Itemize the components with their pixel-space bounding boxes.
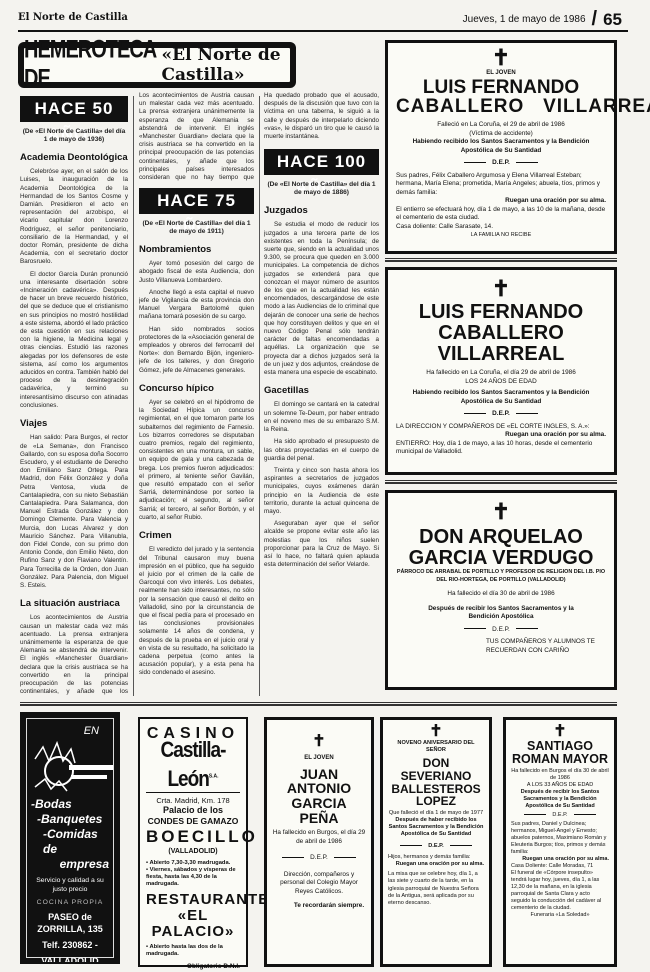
obituary-burial: El entierro se efectuará hoy, día 1 de m… — [396, 206, 606, 223]
casino-palace: Palacio de los — [146, 805, 240, 816]
obituary-name: LUIS FERNANDO — [396, 78, 606, 98]
obituary-garcia-pena: ✝ EL JOVEN JUAN ANTONIO GARCIA PEÑA Ha f… — [264, 717, 374, 967]
ad-address: PASEO de ZORRILLA, 135 — [31, 911, 109, 935]
obituary-family: Sus padres, Daniel y Dulcinea; hermanos,… — [511, 821, 609, 856]
page-number: 65 — [603, 10, 622, 30]
hace-50-label: HACE 50 AÑOS — [20, 96, 128, 122]
obituary-dep: D.E.P. — [396, 626, 606, 635]
obituary-line: Ha fallecido en Burgos el día 30 de abri… — [511, 768, 609, 782]
cross-icon: ✝ — [396, 278, 606, 300]
article-paragraph: Celebróse ayer, en el salón de los Luise… — [20, 168, 128, 266]
obituary-name: DON ARQUELAO — [396, 527, 606, 548]
obituary-roman-mayor: ✝ SANTIAGO ROMAN MAYOR Ha fallecido en B… — [503, 717, 617, 967]
column-3: Ha quedado probado que el acusado, despu… — [264, 92, 379, 696]
obituary-footer: LA FAMILIA NO RECIBE — [396, 231, 606, 240]
sun-logo-icon — [31, 739, 109, 795]
obituary-prayer: Ruegan una oración por su alma. — [396, 431, 606, 440]
casino-province: (VALLADOLID) — [146, 847, 240, 856]
obituary-line: (Víctima de accidente) — [396, 130, 606, 139]
column-1: HACE 50 AÑOS (De «El Norte de Castilla» … — [20, 96, 128, 696]
cross-icon: ✝ — [272, 734, 366, 750]
section-heading: Juzgados — [264, 207, 379, 215]
ad-kitchen: COCINA PROPIA — [31, 898, 109, 907]
obituary-prayer: Ruegan una oración por su alma. — [511, 856, 609, 863]
obituary-name: LUIS FERNANDO — [396, 302, 606, 323]
section-heading: Gacetillas — [264, 387, 379, 395]
ad-item: -Bodas — [31, 797, 109, 812]
section-heading: Nombramientos — [139, 246, 254, 254]
ad-service: Servicio y calidad a su justo precio — [31, 876, 109, 894]
casino-hours-item: Abierto 7,30-3,30 madrugada. — [146, 860, 240, 867]
restaurant-title: RESTAURANTE — [146, 892, 240, 908]
ad-item: -Banquetes — [31, 812, 109, 827]
section-heading: Crimen — [139, 532, 254, 540]
obituary-sacraments: Después de recibir los Santos Sacramento… — [416, 605, 586, 622]
obituary-surname: ROMAN MAYOR — [511, 753, 609, 766]
obituary-name: DON SEVERIANO — [388, 757, 484, 782]
obituary-house: Casa Doliente: Calle Moradas, 71 — [511, 863, 609, 870]
obituary-age: A LOS 33 AÑOS DE EDAD — [511, 782, 609, 789]
obituary-sacraments: Habiendo recibido los Santos Sacramentos… — [396, 389, 606, 406]
obituary-caballero-family: ✝ EL JOVEN LUIS FERNANDO CABALLERO VILLA… — [385, 40, 617, 254]
obituary-prayer: Ruegan una oración por su alma. — [388, 861, 484, 868]
article-paragraph: Ha quedado probado que el acusado, despu… — [264, 92, 379, 141]
hace-100-label: HACE 100 AÑOS — [264, 149, 379, 175]
page-header-right: Jueves, 1 de mayo de 1986 / 65 — [463, 8, 622, 31]
obituary-line: Ha fallecido en Burgos, el día 29 de abr… — [272, 829, 366, 846]
banner-title-b: «El Norte de Castilla» — [161, 45, 290, 85]
obituary-burial: ENTIERRO: Hoy, día 1 de mayo, a las 10 h… — [396, 440, 606, 457]
hemeroteca-banner: HEMEROTECA DE «El Norte de Castilla» — [18, 42, 296, 88]
article-paragraph: Han sido nombrados socios protectores de… — [139, 326, 254, 375]
obituary-dep: D.E.P. — [511, 812, 609, 819]
obituary-prayer: Te recordarán siempre. — [272, 902, 366, 911]
obituary-sacraments: Después de haber recibido los Santos Sac… — [388, 817, 484, 839]
obituary-title: PÁRROCO DE ARRABAL DE PORTILLO Y PROFESO… — [396, 569, 606, 584]
obituary-footer: TUS COMPAÑEROS Y ALUMNOS TE RECUERDAN CO… — [486, 638, 606, 655]
obituary-dep: D.E.P. — [388, 843, 484, 850]
obituary-surname: GARCIA PEÑA — [272, 796, 366, 825]
obituary-garcia-verdugo: ✝ DON ARQUELAO GARCIA VERDUGO PÁRROCO DE… — [385, 490, 617, 690]
casino-hours-item: Viernes, sábados y vísperas de fiesta, h… — [146, 867, 240, 888]
obituary-surname: GARCIA VERDUGO — [396, 548, 606, 569]
cross-icon: ✝ — [511, 724, 609, 740]
obituary-line: Ha fallecido el día 30 de abril de 1986 — [396, 590, 606, 599]
obituary-ballesteros: ✝ NOVENO ANIVERSARIO DEL SEÑOR DON SEVER… — [380, 717, 492, 967]
obituary-prefix: EL JOVEN — [272, 754, 366, 763]
obituary-sacraments: Después de recibir los Santos Sacramento… — [511, 789, 609, 810]
obituary-surname: CABALLERO VILLARREAL — [396, 97, 606, 117]
banner-title-a: HEMEROTECA DE — [24, 36, 155, 94]
ad-phone: Telf. 230862 - — [31, 939, 109, 951]
obituary-family: Hijos, hermanos y demás familia: — [388, 854, 484, 861]
hace-75-source: (De «El Norte de Castilla» del día 1 de … — [139, 220, 254, 236]
casino-town: BOECILLO — [146, 827, 240, 847]
article-paragraph: Ha sido aprobado el presupuesto de las o… — [264, 438, 379, 463]
article-continuation: Los acontecimientos de Austria causan un… — [139, 92, 254, 182]
article-paragraph: Se estudia el modo de reducir los juzgad… — [264, 221, 379, 377]
divider-rule — [385, 258, 617, 262]
column-divider — [259, 96, 260, 696]
obituary-line: Falleció en La Coruña, el 29 de abril de… — [396, 121, 606, 130]
obituary-footer: Funeraria «La Soledad» — [511, 912, 609, 919]
obituary-line: Ha fallecido en La Coruña, el día 29 de … — [396, 369, 606, 378]
obituary-house: Casa doliente: Calle Sarasate, 14. — [396, 223, 606, 232]
casino-hours: Abierto 7,30-3,30 madrugada. Viernes, sá… — [146, 860, 240, 888]
column-divider — [133, 96, 134, 696]
casino-road: Crta. Madrid, Km. 178 — [146, 796, 240, 805]
casino-name-text: Castilla-León — [161, 738, 226, 791]
hace-50-source: (De «El Norte de Castilla» del día 1 de … — [20, 128, 128, 144]
obituary-family: LA DIRECCION Y COMPAÑEROS DE «EL CORTE I… — [396, 423, 606, 432]
obituary-prayer: Ruegan una oración por su alma. — [396, 197, 606, 206]
obituary-dep: D.E.P. — [396, 410, 606, 419]
obituary-dep: D.E.P. — [396, 159, 606, 168]
casino-name: Castilla-LeónS.A. — [146, 738, 240, 792]
obituary-burial: El funeral de «Córpore insepulto» tendrá… — [511, 870, 609, 912]
article-paragraph: Los acontecimientos de Austria causan un… — [20, 614, 128, 696]
obituary-family: Dirección, compañeros y personal del Col… — [272, 871, 366, 897]
ad-en: EN — [31, 725, 109, 737]
obituary-name: JUAN ANTONIO — [272, 767, 366, 796]
header-rule — [18, 30, 628, 32]
article-paragraph: El domingo se cantará en la catedral un … — [264, 401, 379, 434]
cross-icon: ✝ — [396, 47, 606, 69]
obituary-surname: BALLESTEROS LOPEZ — [388, 783, 484, 808]
ad-city: VALLADOLID — [31, 955, 109, 964]
masthead: El Norte de Castilla — [18, 12, 128, 23]
article-paragraph: Han salido: Para Burgos, el rector de «L… — [20, 434, 128, 590]
section-heading: Academia Deontológica — [20, 154, 128, 162]
casino-palace-name: CONDES DE GAMAZO — [146, 816, 240, 827]
section-heading: Concurso hípico — [139, 385, 254, 393]
column-2: Los acontecimientos de Austria causan un… — [139, 92, 254, 696]
article-paragraph: Aseguraban ayer que el señor alcalde se … — [264, 520, 379, 569]
divider-rule — [385, 480, 617, 484]
article-paragraph: Ayer se celebró en el hipódromo de la So… — [139, 399, 254, 522]
article-paragraph: El doctor García Durán pronunció una int… — [20, 271, 128, 410]
obituary-burial: La misa que se celebre hoy, día 1, a las… — [388, 871, 484, 907]
article-paragraph: Ayer tomó posesión del cargo de abogado … — [139, 260, 254, 285]
ad-item: empresa — [31, 857, 109, 872]
obituary-line: Que falleció el día 1 de mayo de 1977 — [388, 810, 484, 817]
restaurant-ad: EN -Bodas -Banquetes -Comidas de empresa… — [20, 712, 120, 964]
article-paragraph: El veredicto del jurado y la sentencia d… — [139, 546, 254, 677]
casino-ad: CASINO Castilla-LeónS.A. Crta. Madrid, K… — [138, 717, 248, 967]
obituary-prefix: NOVENO ANIVERSARIO DEL SEÑOR — [388, 740, 484, 754]
article-paragraph: Treinta y cinco son hasta ahora los aspi… — [264, 467, 379, 516]
section-heading: La situación austriaca — [20, 600, 128, 608]
casino-dni: Obligatorio D.N.I. — [146, 962, 240, 971]
article-paragraph: Anoche llegó a esta capital el nuevo jef… — [139, 289, 254, 322]
date: Jueves, 1 de mayo de 1986 — [463, 14, 586, 25]
restaurant-hours-item: Abierto hasta las dos de la madrugada. — [146, 944, 240, 958]
separator: / — [592, 8, 598, 31]
obituary-caballero-corte-ingles: ✝ LUIS FERNANDO CABALLERO VILLARREAL Ha … — [385, 267, 617, 475]
hace-75-label: HACE 75 AÑOS — [139, 188, 254, 214]
obituary-family: Sus padres, Félix Caballero Argumosa y E… — [396, 172, 606, 198]
cross-icon: ✝ — [388, 724, 484, 740]
obituary-age: LOS 24 AÑOS DE EDAD — [396, 378, 606, 387]
casino-suffix: S.A. — [209, 773, 219, 780]
obituary-dep: D.E.P. — [272, 854, 366, 863]
ad-item: -Comidas de — [31, 827, 109, 857]
restaurant-hours: Abierto hasta las dos de la madrugada. — [146, 944, 240, 958]
section-heading: Viajes — [20, 420, 128, 428]
obituary-surname: CABALLERO VILLARREAL — [396, 323, 606, 365]
hace-100-source: (De «El Norte de Castilla» del día 1 de … — [264, 181, 379, 197]
restaurant-name: «EL PALACIO» — [146, 908, 240, 940]
divider-rule — [20, 702, 617, 706]
cross-icon: ✝ — [396, 501, 606, 523]
obituary-sacraments: Habiendo recibido los Santos Sacramentos… — [396, 138, 606, 155]
